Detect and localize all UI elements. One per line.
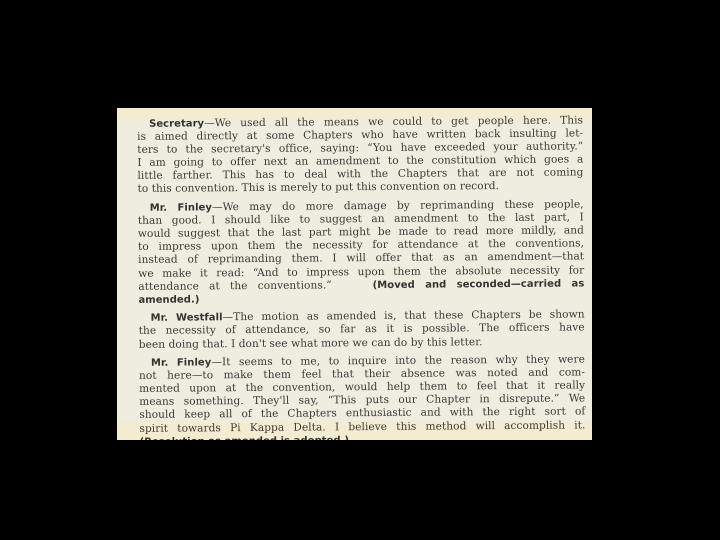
- transcript-text: Secretary—We used all the means we could…: [125, 114, 586, 440]
- slide-background: Secretary—We used all the means we could…: [0, 0, 720, 540]
- procedural-note: (Moved and seconded—carried as: [373, 278, 585, 291]
- paragraph-finley-2: Mr. Finley—It seems to me, to inquire in…: [127, 353, 586, 440]
- paragraph-secretary: Secretary—We used all the means we could…: [125, 114, 584, 196]
- procedural-note: (Resolution as amended is adopted.): [140, 435, 350, 440]
- paragraph-finley-1: Mr. Finley—We may do more damage by repr…: [126, 198, 585, 306]
- text-line: to this convention. This is merely to pu…: [126, 180, 584, 197]
- text-line: amended.): [126, 290, 584, 307]
- procedural-note: amended.): [138, 294, 199, 305]
- paragraph-westfall: Mr. Westfall—The motion as amended is, t…: [127, 309, 585, 352]
- speaker-name: Mr. Westfall: [151, 313, 223, 325]
- speaker-name: Mr. Finley: [151, 357, 211, 368]
- speaker-name: Mr. Finley: [150, 202, 212, 213]
- scanned-document-page: Secretary—We used all the means we could…: [117, 108, 592, 440]
- speaker-name: Secretary: [149, 118, 204, 129]
